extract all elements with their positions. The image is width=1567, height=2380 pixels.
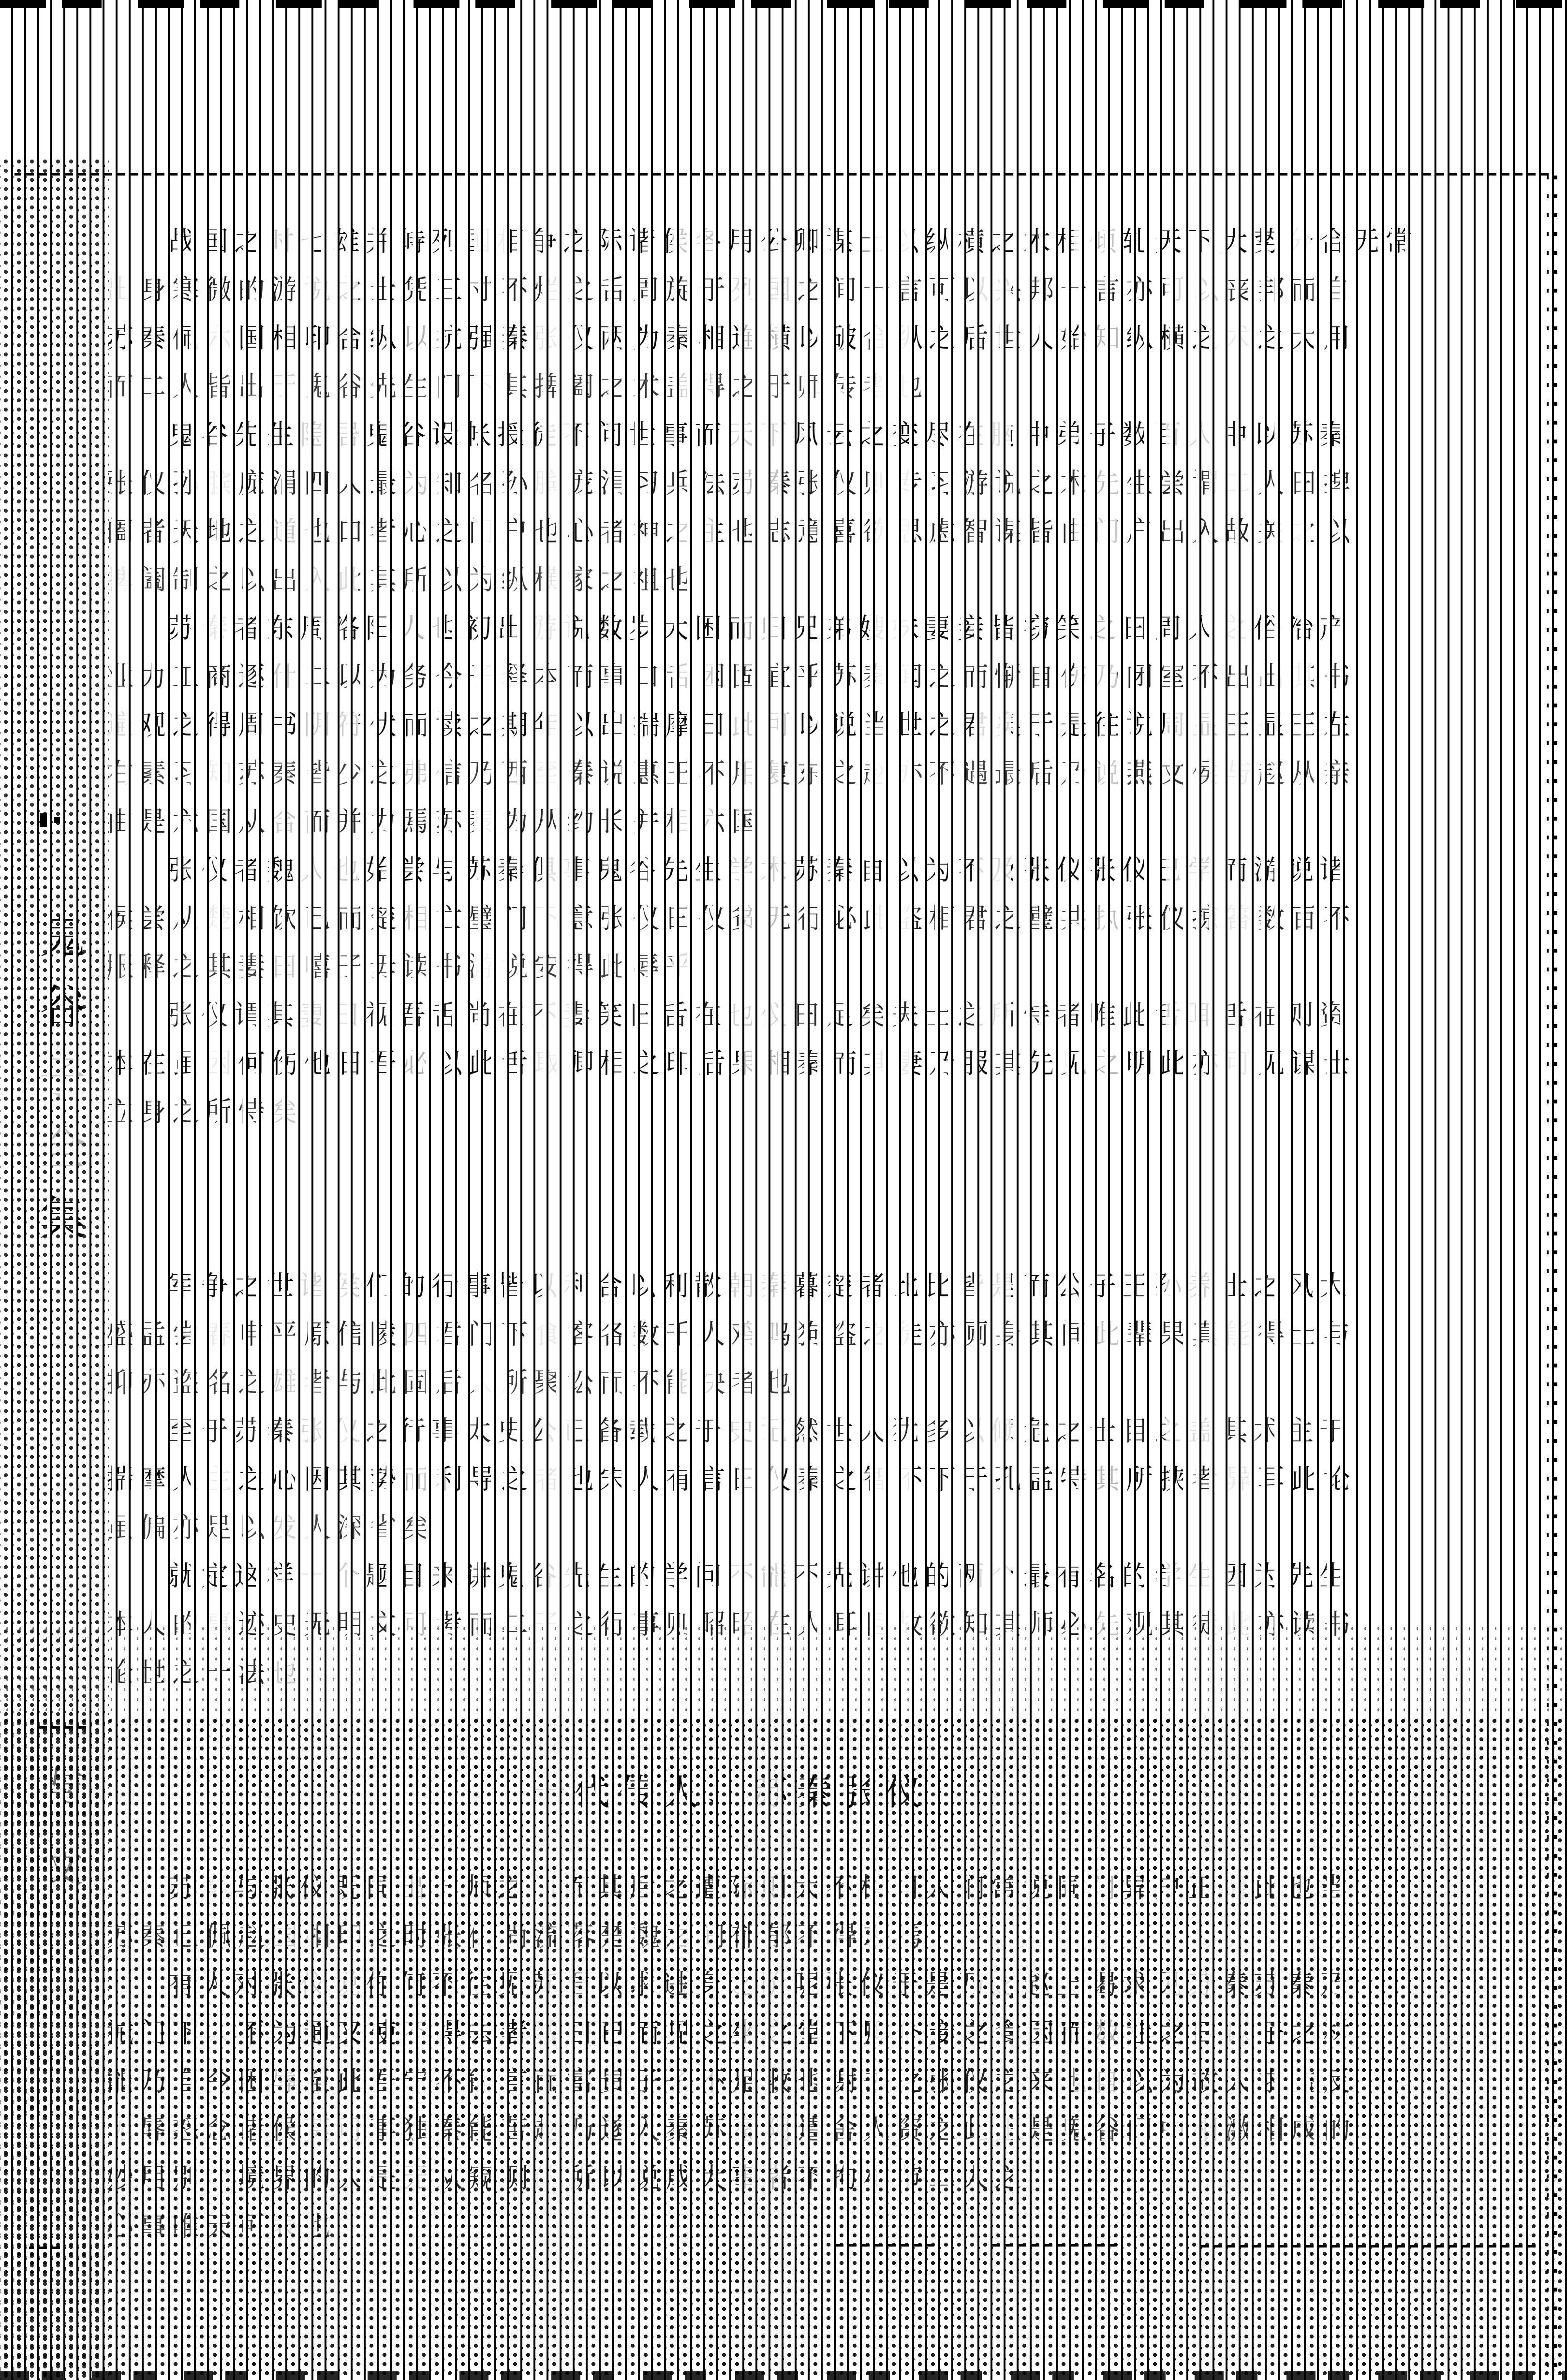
page-bottom-edge-dashes [0, 2371, 1567, 2380]
moire-stripe-overlay [0, 0, 1567, 2380]
page-top-edge-dashes [0, 0, 1567, 8]
